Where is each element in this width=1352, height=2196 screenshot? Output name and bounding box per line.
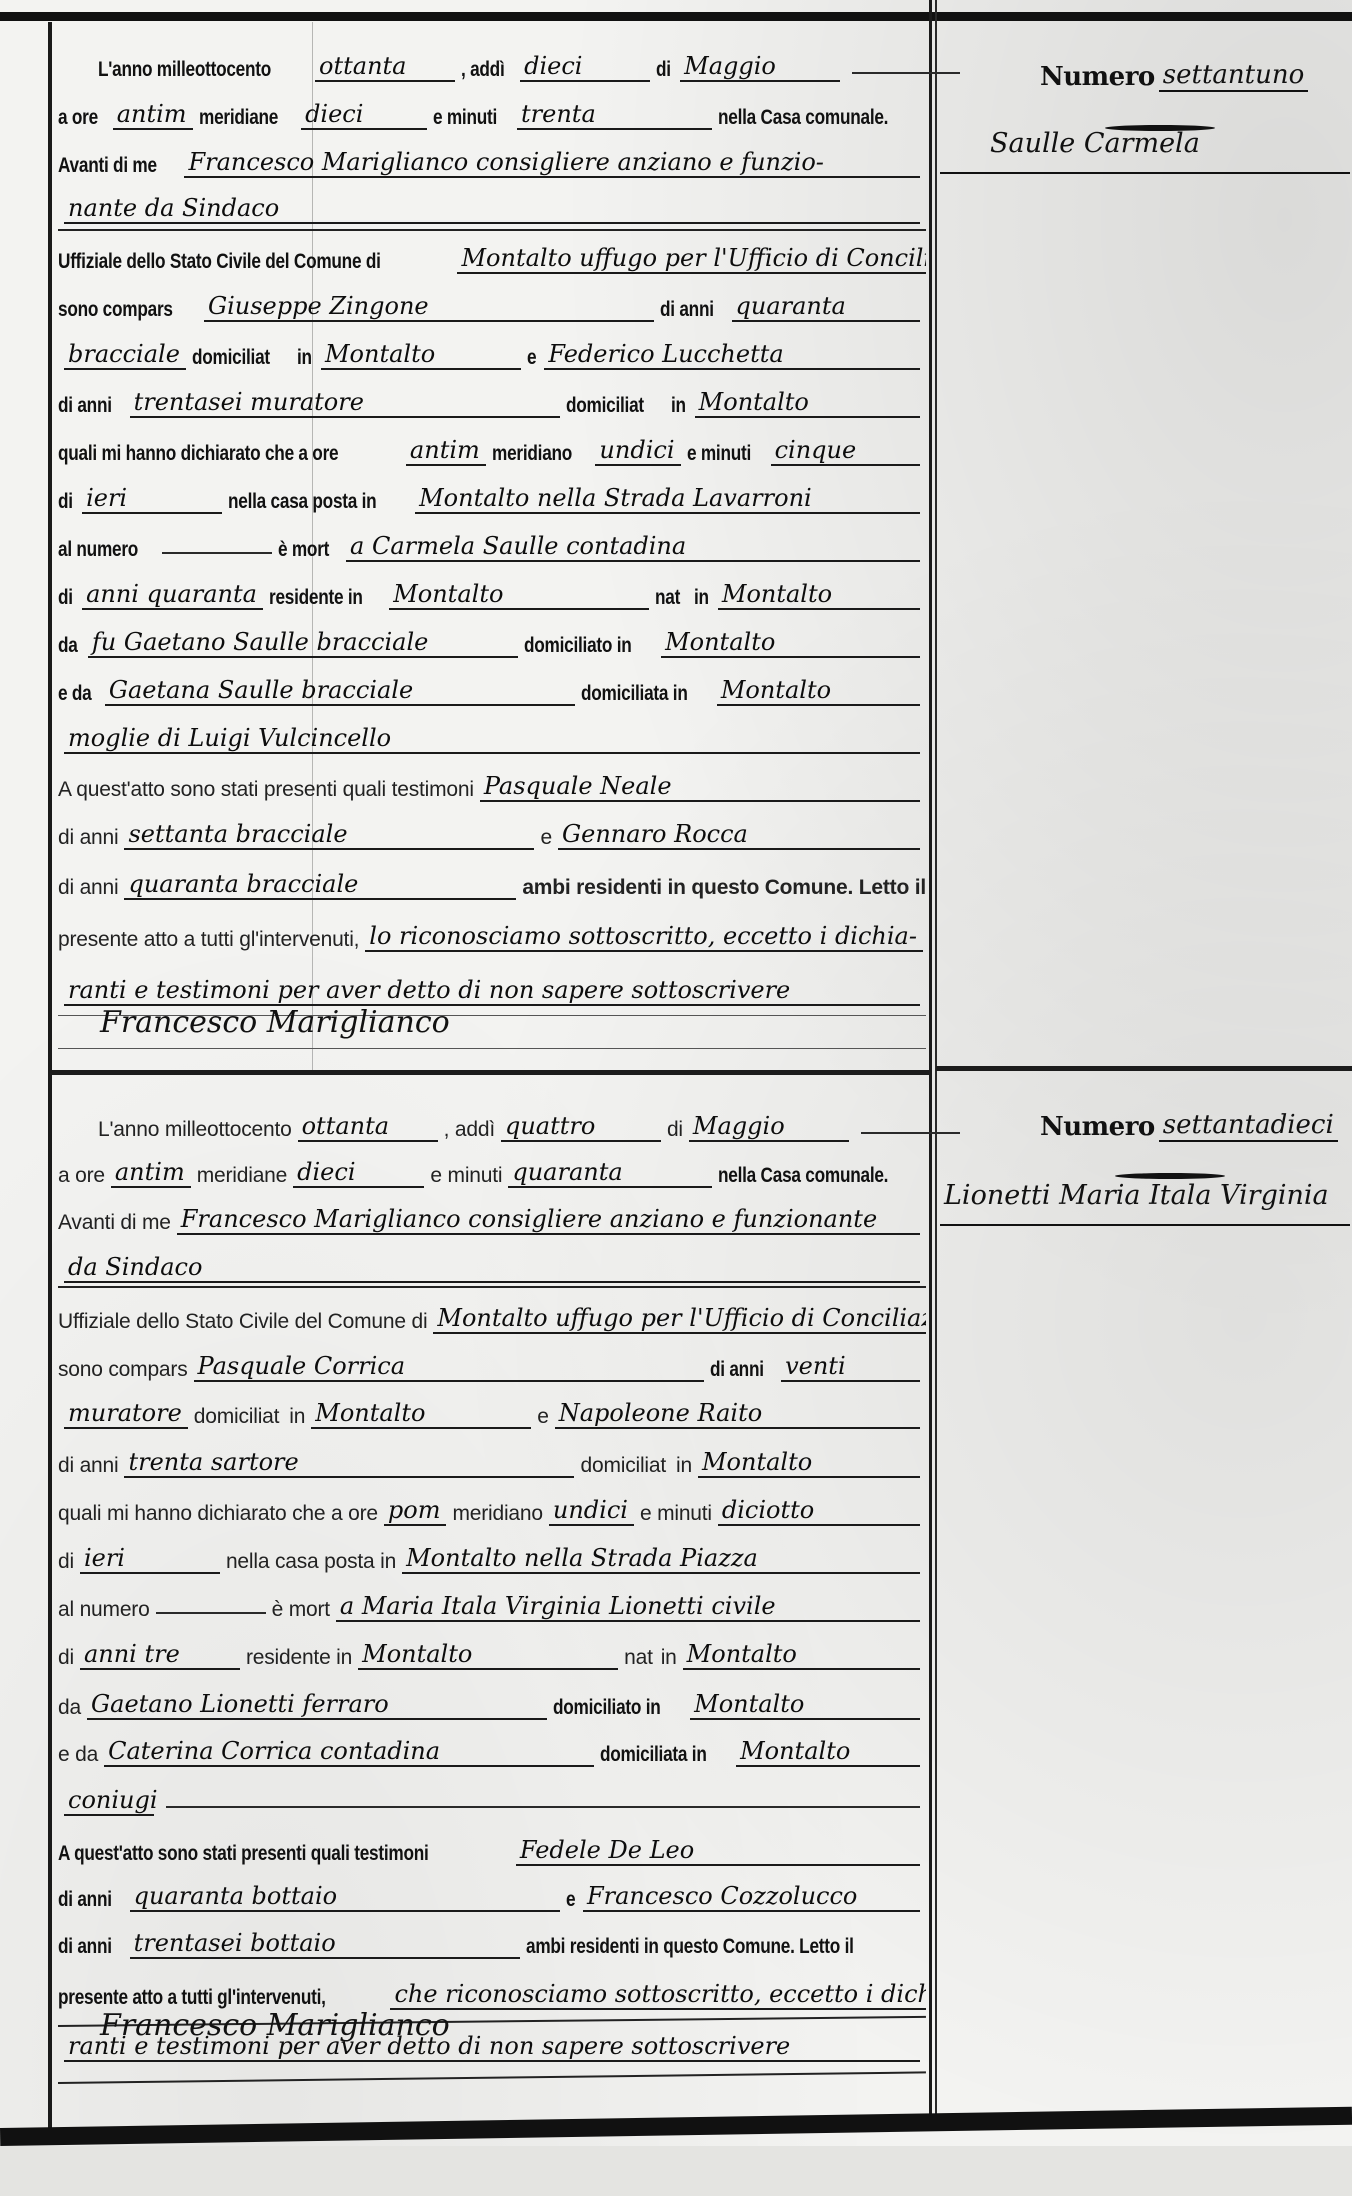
record-line-hour: a ore antim meridiane dieci e minuti tre… bbox=[58, 86, 926, 130]
declarant-1-occupation: muratore bbox=[64, 1400, 188, 1429]
declarant-2-residence: Montalto bbox=[698, 1449, 920, 1478]
record-line-closing: ranti e testimoni per aver detto di non … bbox=[58, 962, 926, 1006]
record-number-value: settantadieci bbox=[1159, 1110, 1338, 1142]
witness-1-age-occupation: settanta bracciale bbox=[124, 821, 534, 850]
record-line-hour: a ore antim meridiane dieci e minuti qua… bbox=[58, 1144, 926, 1188]
flourish-mark bbox=[1115, 1173, 1225, 1179]
printed-text: da bbox=[58, 634, 78, 658]
deceased-age: anni tre bbox=[80, 1641, 240, 1670]
declarant-2-name: Napoleone Raito bbox=[555, 1400, 920, 1429]
am-pm-field: antim bbox=[111, 1159, 191, 1188]
deceased-birthplace: Montalto bbox=[683, 1641, 920, 1670]
printed-text: residente in bbox=[269, 586, 363, 610]
witness-1-name: Pasquale Neale bbox=[480, 773, 920, 802]
printed-text: e bbox=[566, 1888, 575, 1912]
printed-text: di bbox=[667, 1118, 683, 1142]
printed-text: quali mi hanno dichiarato che a ore bbox=[58, 442, 338, 466]
declarant-1-age: venti bbox=[781, 1353, 920, 1382]
deceased-name: a Maria Itala Virginia Lionetti civile bbox=[336, 1593, 920, 1622]
record-line-officer-cont: nante da Sindaco bbox=[58, 180, 926, 224]
commune-field: Montalto uffugo per l'Ufficio di Concili… bbox=[433, 1305, 926, 1334]
deceased-residence: Montalto bbox=[358, 1641, 618, 1670]
am-pm-field: antim bbox=[113, 101, 193, 130]
death-day: ieri bbox=[80, 1545, 220, 1574]
deceased-name: a Carmela Saulle contadina bbox=[346, 533, 920, 562]
record-line-commune: Uffiziale dello Stato Civile del Comune … bbox=[58, 230, 926, 274]
declarant-2-age-occupation: trenta sartore bbox=[124, 1449, 574, 1478]
printed-text: a ore bbox=[58, 1164, 105, 1188]
record-number-label: Numero bbox=[1040, 1112, 1155, 1142]
printed-text: nat bbox=[655, 586, 680, 610]
printed-text: presente atto a tutti gl'intervenuti, bbox=[58, 928, 359, 952]
printed-text: e minuti bbox=[430, 1164, 502, 1188]
declarant-2-residence: Montalto bbox=[695, 389, 920, 418]
closing-statement: lo riconosciamo sottoscritto, eccetto i … bbox=[365, 923, 923, 952]
margin-separator bbox=[936, 1066, 1352, 1071]
day-field: dieci bbox=[520, 53, 650, 82]
printed-text: domiciliato in bbox=[553, 1696, 661, 1720]
printed-text: è mort bbox=[272, 1598, 330, 1622]
mother-name: Caterina Corrica contadina bbox=[104, 1738, 594, 1767]
margin-deceased-name: Saulle Carmela bbox=[940, 128, 1350, 174]
printed-text: Avanti di me bbox=[58, 1211, 171, 1235]
record-line-witness-2: di anni settanta bracciale e Gennaro Roc… bbox=[58, 806, 926, 850]
death-am-pm: antim bbox=[406, 437, 486, 466]
mother-name: Gaetana Saulle bracciale bbox=[105, 677, 575, 706]
printed-text: ambi residenti in questo Comune. Letto i… bbox=[522, 876, 926, 900]
witness-2-name: Gennaro Rocca bbox=[558, 821, 920, 850]
register-page: Numero settantuno Saulle Carmela L'anno … bbox=[0, 0, 1352, 2196]
printed-text: in bbox=[661, 1646, 677, 1670]
father-name: Gaetano Lionetti ferraro bbox=[87, 1691, 547, 1720]
printed-text: , addì bbox=[444, 1118, 495, 1142]
father-residence: Montalto bbox=[661, 629, 920, 658]
record-line-officer-cont: da Sindaco bbox=[58, 1239, 926, 1283]
record-line-declarant-1: sono compars Pasquale Corrica di anni ve… bbox=[58, 1338, 926, 1382]
declarant-1-residence: Montalto bbox=[311, 1400, 531, 1429]
printed-text: e minuti bbox=[640, 1502, 712, 1526]
hour-field: dieci bbox=[301, 101, 427, 130]
day-field: quattro bbox=[501, 1113, 661, 1142]
printed-text: L'anno milleottocento bbox=[98, 58, 271, 82]
record-line-deceased: al numero è mort a Carmela Saulle contad… bbox=[58, 518, 926, 562]
printed-text: Avanti di me bbox=[58, 154, 157, 178]
record-line-mother: e da Caterina Corrica contadina domicili… bbox=[58, 1723, 926, 1767]
death-hour: undici bbox=[549, 1497, 634, 1526]
record-line-death-place: di ieri nella casa posta in Montalto nel… bbox=[58, 470, 926, 514]
witness-2-age-occupation: quaranta bracciale bbox=[124, 871, 516, 900]
printed-text: di bbox=[656, 58, 671, 82]
deceased-age: anni quaranta bbox=[82, 581, 263, 610]
record-line-spouse: coniugi bbox=[58, 1772, 926, 1816]
margin-divider-line bbox=[929, 0, 932, 2125]
record-line-witness-2: di anni quaranta bottaio e Francesco Coz… bbox=[58, 1868, 926, 1912]
printed-text: nella Casa comunale. bbox=[718, 1164, 888, 1188]
declarant-1-age: quaranta bbox=[732, 293, 920, 322]
closing-statement-cont: ranti e testimoni per aver detto di non … bbox=[64, 977, 920, 1006]
printed-text: di anni bbox=[58, 876, 118, 900]
record-line-officer: Avanti di me Francesco Mariglianco consi… bbox=[58, 134, 926, 178]
printed-text: e bbox=[537, 1405, 548, 1429]
record-line-deceased-age: di anni quaranta residente in Montalto n… bbox=[58, 566, 926, 610]
record-line-officer: Avanti di me Francesco Mariglianco consi… bbox=[58, 1191, 926, 1235]
printed-text: è mort bbox=[278, 538, 329, 562]
printed-text: di bbox=[58, 1550, 74, 1574]
record-line-declarant-2: bracciale domiciliat in Montalto e Feder… bbox=[58, 326, 926, 370]
printed-text: ambi residenti in questo Comune. Letto i… bbox=[526, 1935, 854, 1959]
record-line-reading: presente atto a tutti gl'intervenuti, lo… bbox=[58, 908, 926, 952]
record-line-declarant-2: muratore domiciliat in Montalto e Napole… bbox=[58, 1385, 926, 1429]
witness-2-age-occupation: trentasei bottaio bbox=[130, 1930, 521, 1959]
declarant-1-name: Giuseppe Zingone bbox=[204, 293, 654, 322]
printed-text: di anni bbox=[660, 298, 714, 322]
printed-text: e da bbox=[58, 682, 91, 706]
printed-text: Uffiziale dello Stato Civile del Comune … bbox=[58, 250, 381, 274]
printed-text: e bbox=[527, 346, 536, 370]
closing-statement: che riconosciamo sottoscritto, eccetto i… bbox=[390, 1981, 926, 2010]
printed-text: presente atto a tutti gl'intervenuti, bbox=[58, 1986, 326, 2010]
printed-text: di anni bbox=[58, 1454, 118, 1478]
printed-text: in bbox=[289, 1405, 305, 1429]
printed-text: di anni bbox=[58, 394, 112, 418]
record-line-deceased: al numero è mort a Maria Itala Virginia … bbox=[58, 1578, 926, 1622]
printed-text: al numero bbox=[58, 538, 138, 562]
spouse-note: moglie di Luigi Vulcincello bbox=[64, 725, 920, 754]
record-line-deceased-age: di anni tre residente in Montalto nat in… bbox=[58, 1626, 926, 1670]
margin-deceased-name: Lionetti Maria Itala Virginia bbox=[940, 1180, 1350, 1226]
hour-field: dieci bbox=[293, 1159, 424, 1188]
record-line-declarant-1: sono compars Giuseppe Zingone di anni qu… bbox=[58, 278, 926, 322]
death-hour: undici bbox=[595, 437, 680, 466]
printed-text: residente in bbox=[246, 1646, 352, 1670]
printed-text: meridiane bbox=[197, 1164, 287, 1188]
printed-text: nella casa posta in bbox=[228, 490, 376, 514]
parents-note: coniugi bbox=[64, 1787, 154, 1816]
record-line-death-time: quali mi hanno dichiarato che a ore anti… bbox=[58, 422, 926, 466]
printed-text: al numero bbox=[58, 1598, 150, 1622]
printed-text: meridiane bbox=[199, 106, 278, 130]
record-line-declarant-2-age: di anni trentasei muratore domiciliat in… bbox=[58, 374, 926, 418]
record-line-reading: presente atto a tutti gl'intervenuti, ch… bbox=[58, 1966, 926, 2010]
printed-text: domiciliat bbox=[192, 346, 270, 370]
printed-text: di bbox=[58, 586, 73, 610]
officer-field: Francesco Mariglianco consigliere anzian… bbox=[177, 1206, 920, 1235]
commune-field: Montalto uffugo per l'Ufficio di Concili… bbox=[457, 245, 926, 274]
printed-text: quali mi hanno dichiarato che a ore bbox=[58, 1502, 378, 1526]
record-line-father: da Gaetano Lionetti ferraro domiciliato … bbox=[58, 1676, 926, 1720]
printed-text: nella casa posta in bbox=[226, 1550, 396, 1574]
printed-text: in bbox=[694, 586, 709, 610]
record-line-witness-1: A quest'atto sono stati presenti quali t… bbox=[58, 758, 926, 802]
printed-text: Uffiziale dello Stato Civile del Comune … bbox=[58, 1310, 427, 1334]
officer-field: Francesco Mariglianco consigliere anzian… bbox=[184, 149, 920, 178]
officer-role-field: da Sindaco bbox=[64, 1254, 920, 1283]
witness-2-name: Francesco Cozzolucco bbox=[583, 1883, 920, 1912]
printed-text: domiciliata in bbox=[581, 682, 688, 706]
printed-text: domiciliato in bbox=[524, 634, 632, 658]
printed-text: e minuti bbox=[433, 106, 497, 130]
printed-text: A quest'atto sono stati presenti quali t… bbox=[58, 778, 474, 802]
officer-role-field: nante da Sindaco bbox=[64, 195, 920, 224]
death-address: Montalto nella Strada Piazza bbox=[402, 1545, 920, 1574]
declarant-1-name: Pasquale Corrica bbox=[194, 1353, 704, 1382]
officer-signature: Francesco Mariglianco bbox=[100, 2008, 450, 2043]
deceased-residence: Montalto bbox=[389, 581, 649, 610]
declarant-1-occupation: bracciale bbox=[64, 341, 186, 370]
death-day: ieri bbox=[82, 485, 222, 514]
printed-text: di anni bbox=[58, 1888, 112, 1912]
minutes-field: quaranta bbox=[508, 1159, 712, 1188]
printed-text: di anni bbox=[58, 826, 118, 850]
mother-residence: Montalto bbox=[736, 1738, 920, 1767]
printed-text: sono compars bbox=[58, 298, 173, 322]
printed-text: in bbox=[297, 346, 312, 370]
death-address: Montalto nella Strada Lavarroni bbox=[415, 485, 920, 514]
printed-text: nat bbox=[624, 1646, 653, 1670]
record-line-witness-1: A quest'atto sono stati presenti quali t… bbox=[58, 1822, 926, 1866]
printed-text: a ore bbox=[58, 106, 98, 130]
bottom-page-edge bbox=[0, 2107, 1352, 2146]
printed-text: e minuti bbox=[687, 442, 751, 466]
record-line-declarant-2-age: di anni trenta sartore domiciliat in Mon… bbox=[58, 1434, 926, 1478]
printed-text: domiciliat bbox=[566, 394, 644, 418]
printed-text: e bbox=[540, 826, 551, 850]
record-line-mother: e da Gaetana Saulle bracciale domiciliat… bbox=[58, 662, 926, 706]
printed-text: di bbox=[58, 1646, 74, 1670]
record-line-witness-2-age: di anni quaranta bracciale ambi resident… bbox=[58, 856, 926, 900]
record-line-commune: Uffiziale dello Stato Civile del Comune … bbox=[58, 1290, 926, 1334]
printed-text: nella Casa comunale. bbox=[718, 106, 888, 130]
printed-text: domiciliata in bbox=[600, 1743, 707, 1767]
printed-text: di bbox=[58, 490, 73, 514]
mother-residence: Montalto bbox=[717, 677, 920, 706]
officer-signature: Francesco Mariglianco bbox=[100, 1005, 450, 1040]
next-page-strip bbox=[0, 2146, 1352, 2196]
printed-text: e da bbox=[58, 1743, 98, 1767]
record-line-spouse: moglie di Luigi Vulcincello bbox=[58, 710, 926, 754]
printed-text: in bbox=[676, 1454, 692, 1478]
record-line-father: da fu Gaetano Saulle bracciale domicilia… bbox=[58, 614, 926, 658]
printed-text: da bbox=[58, 1696, 81, 1720]
father-name: fu Gaetano Saulle bracciale bbox=[88, 629, 518, 658]
record-number-label: Numero bbox=[1040, 62, 1155, 92]
record-number-value: settantuno bbox=[1159, 60, 1308, 92]
declarant-1-residence: Montalto bbox=[321, 341, 521, 370]
printed-text: , addì bbox=[461, 58, 504, 82]
record-line-year-date: L'anno milleottocento ottanta , addì qua… bbox=[58, 1098, 966, 1142]
declarant-2-name: Federico Lucchetta bbox=[544, 341, 920, 370]
record-number: Numero settantadieci bbox=[1040, 1110, 1338, 1142]
printed-text: domiciliat bbox=[194, 1405, 280, 1429]
printed-text: meridiano bbox=[452, 1502, 542, 1526]
printed-text: A quest'atto sono stati presenti quali t… bbox=[58, 1842, 429, 1866]
printed-text: di anni bbox=[58, 1935, 112, 1959]
entry-separator bbox=[50, 1070, 930, 1075]
month-field: Maggio bbox=[680, 53, 840, 82]
record-line-witness-2-age: di anni trentasei bottaio ambi residenti… bbox=[58, 1915, 926, 1959]
year-field: ottanta bbox=[315, 53, 455, 82]
minutes-field: trenta bbox=[517, 101, 712, 130]
record-line-death-time: quali mi hanno dichiarato che a ore pom … bbox=[58, 1482, 926, 1526]
witness-1-age-occupation: quaranta bottaio bbox=[130, 1883, 560, 1912]
death-am-pm: pom bbox=[384, 1497, 447, 1526]
top-edge-bar bbox=[0, 12, 1352, 21]
printed-text: meridiano bbox=[492, 442, 572, 466]
printed-text: sono compars bbox=[58, 1358, 188, 1382]
month-field: Maggio bbox=[689, 1113, 849, 1142]
death-minutes: cinque bbox=[771, 437, 920, 466]
printed-text: domiciliat bbox=[580, 1454, 666, 1478]
margin-divider-line-secondary bbox=[935, 0, 937, 2125]
year-field: ottanta bbox=[298, 1113, 438, 1142]
death-minutes: diciotto bbox=[718, 1497, 920, 1526]
deceased-birthplace: Montalto bbox=[718, 581, 920, 610]
left-border-line bbox=[48, 22, 52, 2130]
record-line-death-place: di ieri nella casa posta in Montalto nel… bbox=[58, 1530, 926, 1574]
printed-text: L'anno milleottocento bbox=[98, 1118, 292, 1142]
record-number: Numero settantuno bbox=[1040, 60, 1308, 92]
printed-text: in bbox=[671, 394, 686, 418]
printed-text: di anni bbox=[710, 1358, 764, 1382]
record-line-year-date: L'anno milleottocento ottanta , addì die… bbox=[58, 38, 966, 82]
declarant-2-age-occupation: trentasei muratore bbox=[130, 389, 560, 418]
witness-1-name: Fedele De Leo bbox=[516, 1837, 920, 1866]
father-residence: Montalto bbox=[690, 1691, 920, 1720]
